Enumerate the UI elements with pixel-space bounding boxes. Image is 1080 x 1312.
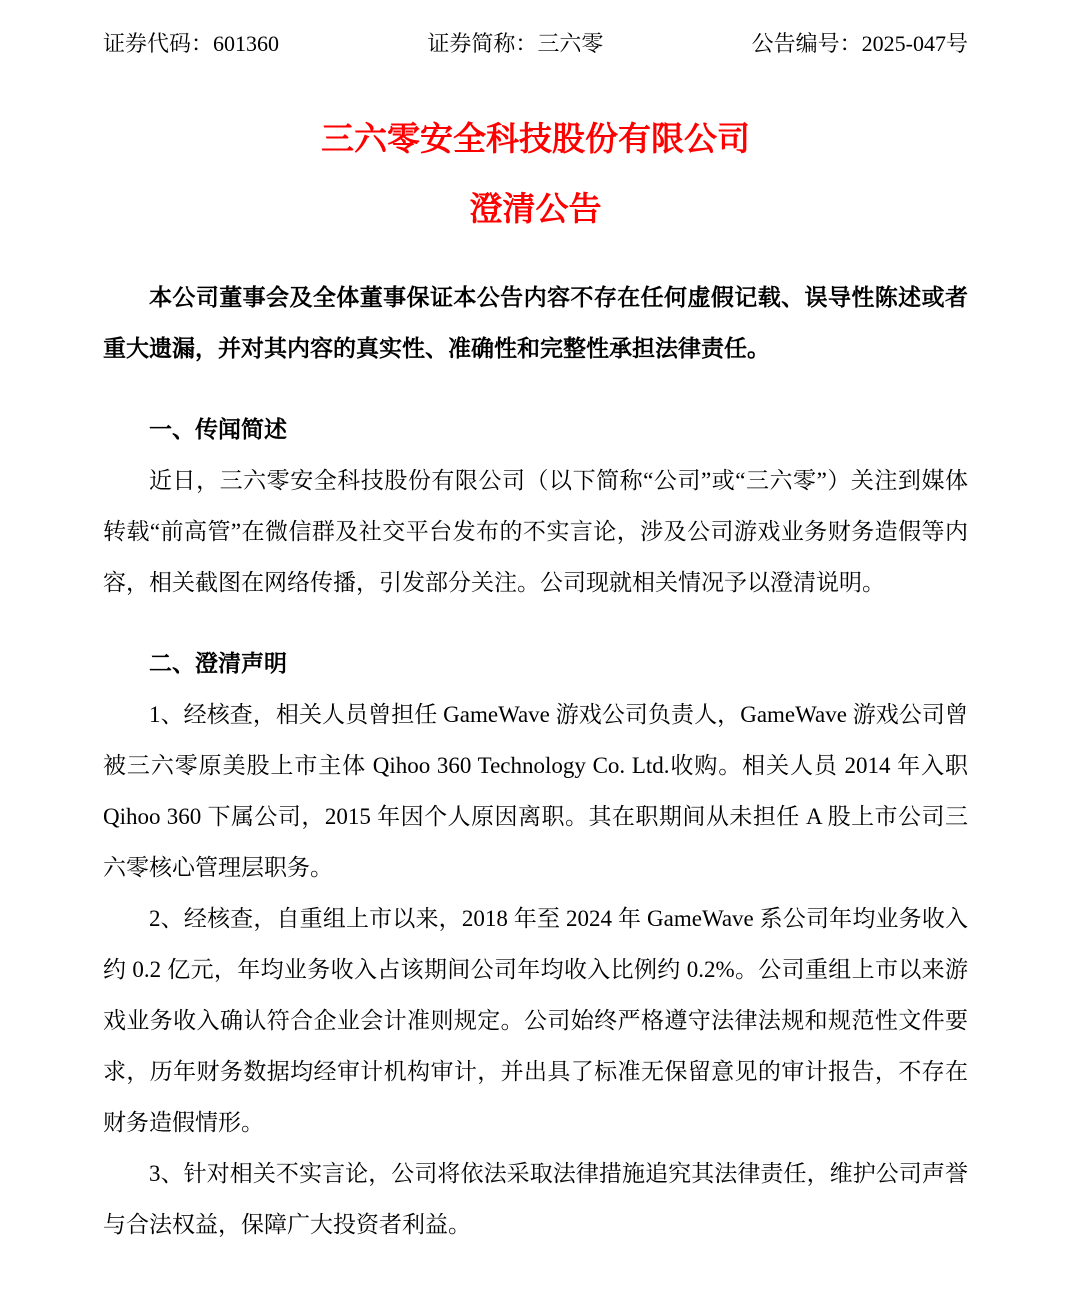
section-rumor-summary: 一、传闻简述 近日，三六零安全科技股份有限公司（以下简称“公司”或“三六零”）关… bbox=[103, 404, 968, 608]
document-header: 证券代码：601360 证券简称：三六零 公告编号：2025-047号 bbox=[103, 30, 968, 58]
section-2-paragraph-3: 3、针对相关不实言论，公司将依法采取法律措施追究其法律责任，维护公司声誉与合法权… bbox=[103, 1148, 968, 1250]
section-1-paragraph-1: 近日，三六零安全科技股份有限公司（以下简称“公司”或“三六零”）关注到媒体转载“… bbox=[103, 455, 968, 608]
announcement-number: 公告编号：2025-047号 bbox=[752, 30, 968, 58]
announcement-subtitle: 澄清公告 bbox=[103, 174, 968, 244]
board-statement: 本公司董事会及全体董事保证本公告内容不存在任何虚假记载、误导性陈述或者重大遗漏，… bbox=[103, 272, 968, 374]
document-title: 三六零安全科技股份有限公司 澄清公告 bbox=[103, 104, 968, 244]
announcement-document: 证券代码：601360 证券简称：三六零 公告编号：2025-047号 三六零安… bbox=[0, 0, 1080, 1312]
stock-name: 证券简称：三六零 bbox=[427, 30, 603, 58]
section-2-paragraph-1: 1、经核查，相关人员曾担任 GameWave 游戏公司负责人，GameWave … bbox=[103, 689, 968, 893]
company-name-title: 三六零安全科技股份有限公司 bbox=[103, 104, 968, 174]
section-2-paragraph-2: 2、经核查，自重组上市以来，2018 年至 2024 年 GameWave 系公… bbox=[103, 893, 968, 1148]
stock-code: 证券代码：601360 bbox=[103, 30, 279, 58]
section-clarification: 二、澄清声明 1、经核查，相关人员曾担任 GameWave 游戏公司负责人，Ga… bbox=[103, 638, 968, 1250]
section-heading-1: 一、传闻简述 bbox=[103, 404, 968, 455]
section-heading-2: 二、澄清声明 bbox=[103, 638, 968, 689]
